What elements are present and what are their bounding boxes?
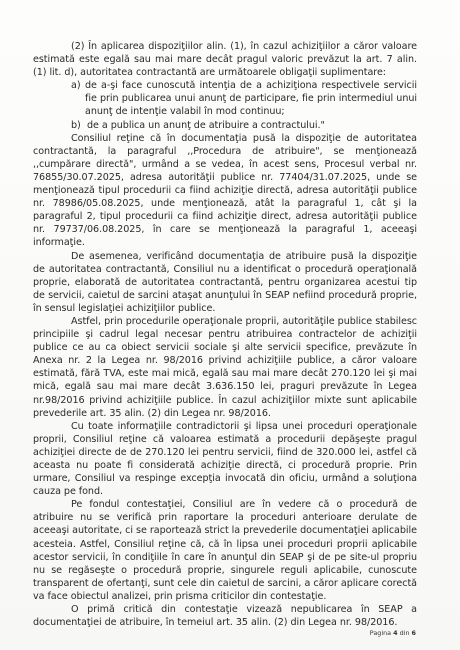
paragraph-documentatie: De asemenea, verificând documentaţia de …	[33, 250, 417, 315]
list-marker: a)	[71, 79, 85, 118]
paragraph-informatii-contradictorii: Cu toate informaţiile contradictorii şi …	[33, 420, 417, 499]
list-marker: b)	[71, 119, 87, 132]
paragraph-prima-critica: O primă critică din contestaţie vizează …	[33, 603, 417, 629]
paragraph-alin-2: (2) În aplicarea dispoziţiilor alin. (1)…	[33, 40, 417, 79]
list-item-text: de a publica un anunţ de atribuire a con…	[87, 119, 417, 132]
list-item-text: de a-şi face cunoscută intenţia de a ach…	[85, 79, 417, 118]
paragraph-proceduri-operationale: Astfel, prin procedurile operaţionale pr…	[33, 315, 417, 420]
paragraph-procedura-atribuire: Consiliul reţine că în documentaţia pusă…	[33, 132, 417, 250]
page-current: 4	[393, 629, 397, 637]
page-label: Pagina	[370, 629, 391, 637]
list-item-b: b) de a publica un anunţ de atribuire a …	[71, 119, 417, 132]
page-total: 6	[412, 629, 416, 637]
page-number: Pagina 4 din 6	[370, 629, 416, 637]
document-body: (2) În aplicarea dispoziţiilor alin. (1)…	[33, 40, 417, 629]
paragraph-fondul-contestatiei: Pe fondul contestaţiei, Consiliul are în…	[33, 498, 417, 603]
document-page: (2) În aplicarea dispoziţiilor alin. (1)…	[0, 0, 460, 650]
page-separator: din	[400, 629, 410, 637]
list-item-a: a) de a-şi face cunoscută intenţia de a …	[71, 79, 417, 118]
